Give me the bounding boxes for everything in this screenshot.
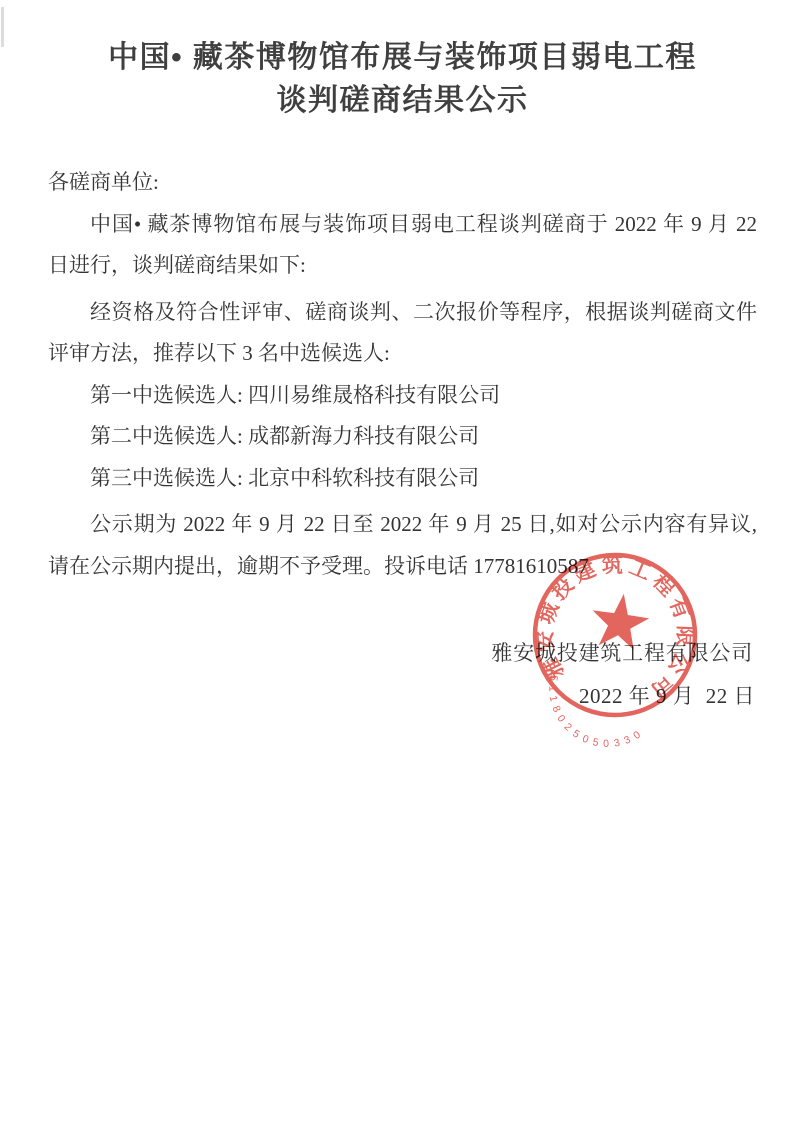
body-line: 第一中选候选人: 四川易维晟格科技有限公司 bbox=[48, 375, 757, 417]
page-title: 中国• 藏茶博物馆布展与装饰项目弱电工程 谈判磋商结果公示 bbox=[48, 36, 757, 122]
page-title-line-1: 中国• 藏茶博物馆布展与装饰项目弱电工程 bbox=[48, 36, 757, 79]
body-line: 评审方法，推荐以下 3 名中选候选人: bbox=[48, 333, 757, 375]
scan-edge-artifact bbox=[1, 7, 4, 47]
body-line: 第二中选候选人: 成都新海力科技有限公司 bbox=[48, 416, 757, 458]
announcement-document-page: 中国• 藏茶博物馆布展与装饰项目弱电工程 谈判磋商结果公示 各磋商单位:中国• … bbox=[0, 0, 800, 1131]
body-line: 中国• 藏茶博物馆布展与装饰项目弱电工程谈判磋商于 2022 年 9 月 22 bbox=[48, 204, 757, 246]
page-title-line-2: 谈判磋商结果公示 bbox=[48, 79, 757, 122]
body-line: 各磋商单位: bbox=[48, 162, 757, 204]
company-seal: 雅安城投建筑工程有限公司 5118025050330 bbox=[500, 520, 730, 750]
body-line: 日进行，谈判磋商结果如下: bbox=[48, 245, 757, 287]
red-star-icon bbox=[588, 590, 652, 652]
body-line: 第三中选候选人: 北京中科软科技有限公司 bbox=[48, 458, 757, 500]
body-line: 经资格及符合性评审、磋商谈判、二次报价等程序，根据谈判磋商文件 bbox=[48, 292, 757, 334]
